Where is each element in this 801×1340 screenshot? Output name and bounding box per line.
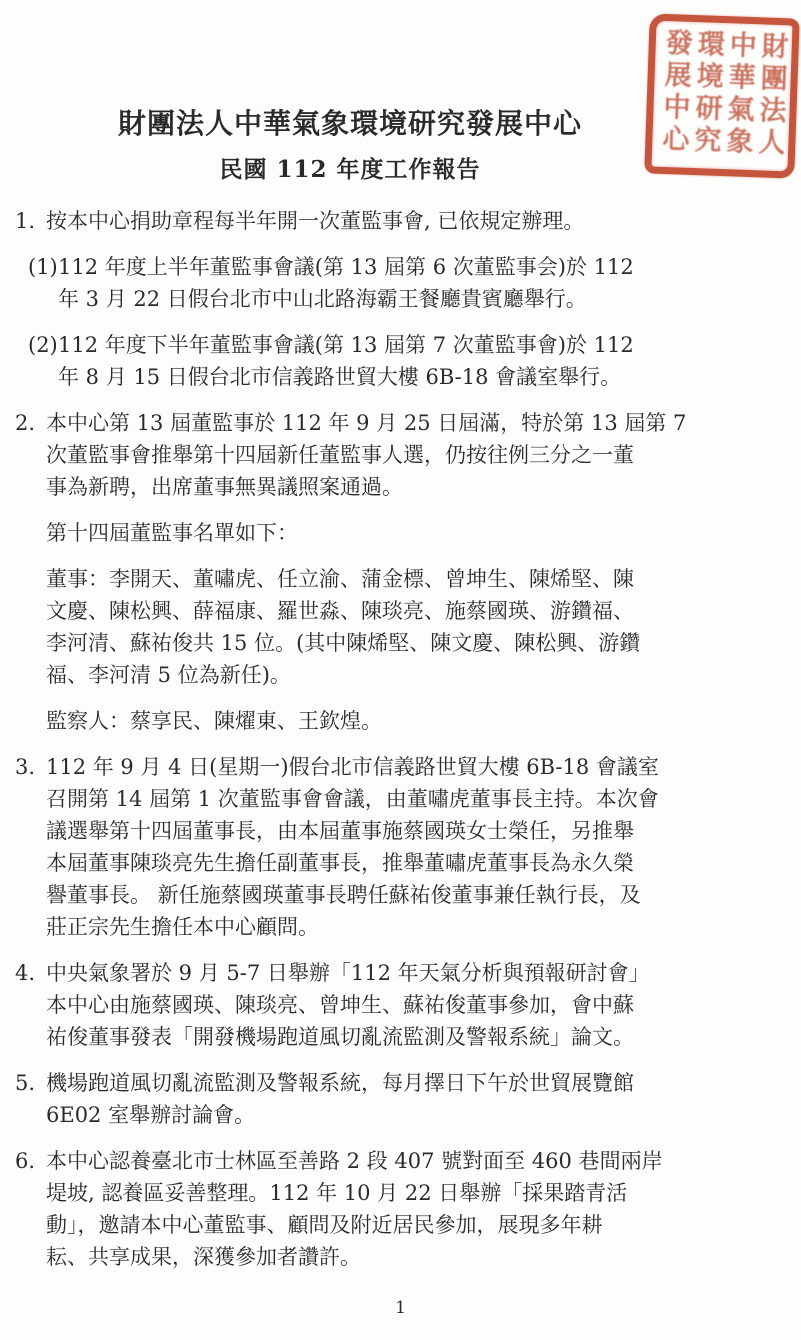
text-lines: 112 年 9 月 4 日(星期一)假台北市信義路世貿大樓 6B-18 會議室召…: [46, 751, 791, 943]
list-item: (1)112 年度上半年董監事會議(第 13 屆第 6 次董監事会)於 112年…: [28, 251, 791, 315]
item-number: 1.: [15, 205, 46, 237]
page-title: 財團法人中華氣象環境研究發展中心: [0, 0, 700, 142]
list-item: 1.按本中心捐助章程每半年開一次董監事會, 已依規定辦理。: [15, 205, 791, 237]
document-page: 財團法人中華氣象環境研究發展中心 財團法人中華氣象環境研究發展中心 民國 112…: [0, 0, 801, 1340]
text-lines: 112 年度下半年董監事會議(第 13 屆第 7 次董監事會)於 112年 8 …: [58, 329, 791, 393]
list-item: 4.中央氣象署於 9 月 5-7 日舉辦「112 年天氣分析與預報研討會」本中心…: [15, 957, 791, 1053]
text-lines: 第十四屆董監事名單如下：: [46, 517, 791, 549]
text-lines: 112 年度上半年董監事會議(第 13 屆第 6 次董監事会)於 112年 3 …: [58, 251, 791, 315]
list-item: 6.本中心認養臺北市士林區至善路 2 段 407 號對面至 460 巷間兩岸堤坡…: [15, 1145, 791, 1273]
paragraph: 監察人：蔡享民、陳燿東、王欽煌。: [46, 705, 791, 737]
item-number: 6.: [15, 1145, 46, 1273]
paragraph: 董事：李開天、董嘯虎、任立渝、蒲金標、曾坤生、陳烯堅、陳文慶、陳松興、薛福康、羅…: [46, 563, 791, 691]
list-item: 3.112 年 9 月 4 日(星期一)假台北市信義路世貿大樓 6B-18 會議…: [15, 751, 791, 943]
item-number: (2): [28, 329, 58, 393]
text-lines: 監察人：蔡享民、陳燿東、王欽煌。: [46, 705, 791, 737]
item-number: (1): [28, 251, 58, 315]
seal-text: 財團法人中華氣象環境研究發展中心: [656, 23, 789, 165]
text-lines: 本中心第 13 屆董監事於 112 年 9 月 25 日屆滿，特於第 13 屆第…: [46, 407, 791, 503]
list-item: 5.機場跑道風切亂流監測及警報系統，每月擇日下午於世貿展覽館6E02 室舉辦討論…: [15, 1067, 791, 1131]
page-number: 1: [0, 1298, 801, 1318]
text-lines: 本中心認養臺北市士林區至善路 2 段 407 號對面至 460 巷間兩岸堤坡, …: [46, 1145, 791, 1273]
list-item: 2.本中心第 13 屆董監事於 112 年 9 月 25 日屆滿，特於第 13 …: [15, 407, 791, 503]
page-subtitle: 民國 112 年度工作報告: [0, 155, 700, 185]
paragraph: 第十四屆董監事名單如下：: [46, 517, 791, 549]
document-header: 財團法人中華氣象環境研究發展中心 民國 112 年度工作報告: [0, 0, 700, 185]
item-number: 3.: [15, 751, 46, 943]
text-lines: 中央氣象署於 9 月 5-7 日舉辦「112 年天氣分析與預報研討會」本中心由施…: [46, 957, 791, 1053]
item-number: 5.: [15, 1067, 46, 1131]
text-lines: 機場跑道風切亂流監測及警報系統，每月擇日下午於世貿展覽館6E02 室舉辦討論會。: [46, 1067, 791, 1131]
organization-seal: 財團法人中華氣象環境研究發展中心: [644, 13, 799, 178]
document-body: 1.按本中心捐助章程每半年開一次董監事會, 已依規定辦理。(1)112 年度上半…: [0, 205, 801, 1273]
text-lines: 董事：李開天、董嘯虎、任立渝、蒲金標、曾坤生、陳烯堅、陳文慶、陳松興、薛福康、羅…: [46, 563, 791, 691]
item-number: 2.: [15, 407, 46, 503]
text-lines: 按本中心捐助章程每半年開一次董監事會, 已依規定辦理。: [46, 205, 791, 237]
item-number: 4.: [15, 957, 46, 1053]
list-item: (2)112 年度下半年董監事會議(第 13 屆第 7 次董監事會)於 112年…: [28, 329, 791, 393]
